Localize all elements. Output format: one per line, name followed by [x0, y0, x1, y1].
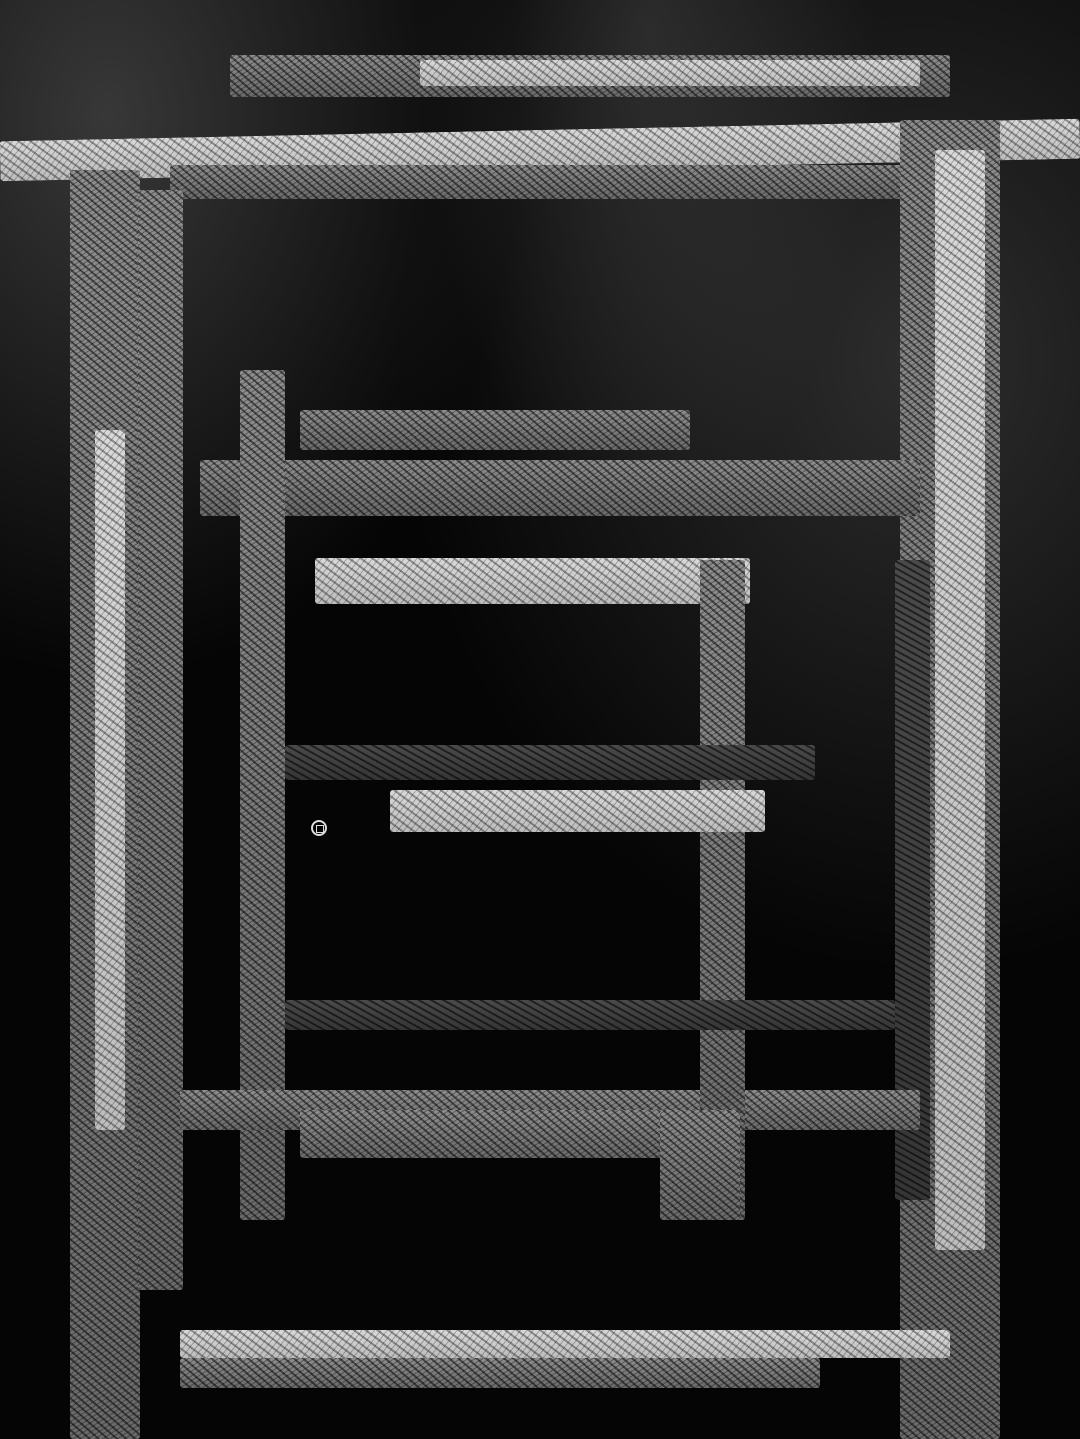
inner-frame-cross-upper — [285, 745, 815, 780]
outer-frame-left-inner — [138, 190, 183, 1290]
top-beam-upper-highlight — [420, 60, 920, 86]
middle-frame-top — [200, 460, 920, 516]
inner-frame-lower — [285, 1000, 895, 1030]
artwork-canvas: Abstract high-contrast monochrome image … — [0, 0, 1080, 1439]
outer-frame-bottom — [180, 1330, 950, 1358]
middle-frame-bottom-lower — [300, 1110, 700, 1158]
outer-frame-right-highlight — [935, 150, 985, 1250]
inner-frame-top — [315, 558, 750, 604]
inner-frame-cross — [390, 790, 765, 832]
seal-mark-icon — [311, 820, 327, 836]
middle-frame-top-upper — [300, 410, 690, 450]
outer-frame-bottom-lower — [180, 1358, 820, 1388]
artwork-description: Abstract high-contrast monochrome image … — [0, 0, 1, 1]
top-beam-lower — [170, 165, 910, 199]
inner-frame-foot — [660, 1110, 740, 1220]
outer-frame-left-highlight — [95, 430, 125, 1130]
